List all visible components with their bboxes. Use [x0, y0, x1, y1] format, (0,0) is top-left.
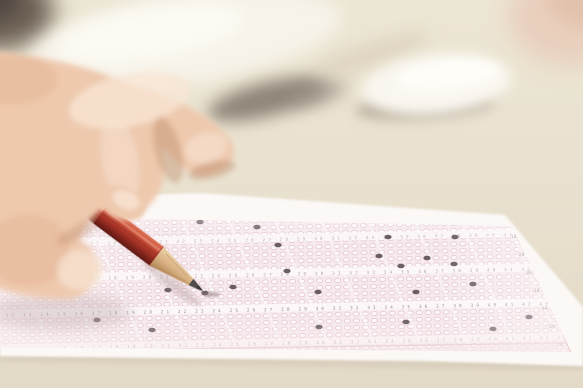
filled-bubble	[375, 254, 382, 259]
tip-contact-shadow	[202, 292, 220, 297]
thumb-tip	[57, 250, 103, 290]
filled-bubble	[274, 243, 281, 248]
filled-bubble	[397, 264, 404, 269]
photo-canvas: 11 12 13 14 15 16 17 18 19 20 21 22 23 2…	[0, 0, 583, 388]
filled-bubble	[283, 269, 290, 274]
filled-bubble	[229, 285, 236, 290]
filled-bubble	[412, 290, 419, 295]
filled-bubble	[314, 290, 321, 295]
photo-svg: 11 12 13 14 15 16 17 18 19 20 21 22 23 2…	[0, 0, 583, 388]
filled-bubble	[423, 256, 430, 261]
